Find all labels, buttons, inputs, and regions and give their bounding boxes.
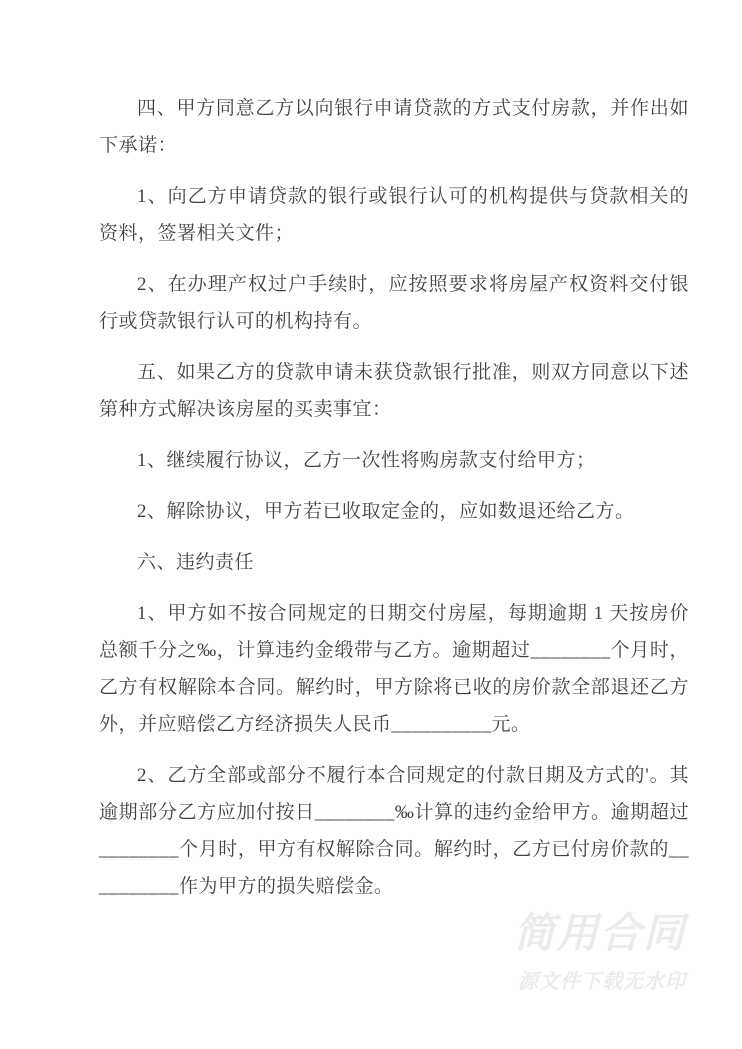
contract-paragraph-clause-5-item-2: 2、解除协议，甲方若已收取定金的，应如数退还给乙方。 [99,493,689,530]
contract-paragraph-clause-4-item-2: 2、在办理产权过户手续时，应按照要求将房屋产权资料交付银行或贷款银行认可的机构持… [99,266,689,340]
contract-paragraph-clause-5: 五、如果乙方的贷款申请未获贷款银行批准，则双方同意以下述第种方式解决该房屋的买卖… [99,354,689,428]
contract-paragraph-clause-5-item-1: 1、继续履行协议，乙方一次性将购房款支付给甲方； [99,442,689,479]
watermark: 简用合同 源文件下载无水印 [514,912,686,994]
contract-paragraph-clause-6-item-2: 2、乙方全部或部分不履行本合同规定的付款日期及方式的'。其逾期部分乙方应加付按日… [99,757,689,905]
contract-paragraph-clause-6-item-1: 1、甲方如不按合同规定的日期交付房屋，每期逾期 1 天按房价总额千分之‰，计算违… [99,595,689,743]
contract-page: 四、甲方同意乙方以向银行申请贷款的方式支付房款，并作出如下承诺： 1、向乙方申请… [0,0,742,1049]
watermark-subtitle: 源文件下载无水印 [514,965,686,994]
contract-paragraph-clause-4-item-1: 1、向乙方申请贷款的银行或银行认可的机构提供与贷款相关的资料，签署相关文件； [99,178,689,252]
contract-paragraph-clause-4: 四、甲方同意乙方以向银行申请贷款的方式支付房款，并作出如下承诺： [99,90,689,164]
contract-paragraph-clause-6-heading: 六、违约责任 [99,544,689,581]
contract-body: 四、甲方同意乙方以向银行申请贷款的方式支付房款，并作出如下承诺： 1、向乙方申请… [99,90,689,919]
